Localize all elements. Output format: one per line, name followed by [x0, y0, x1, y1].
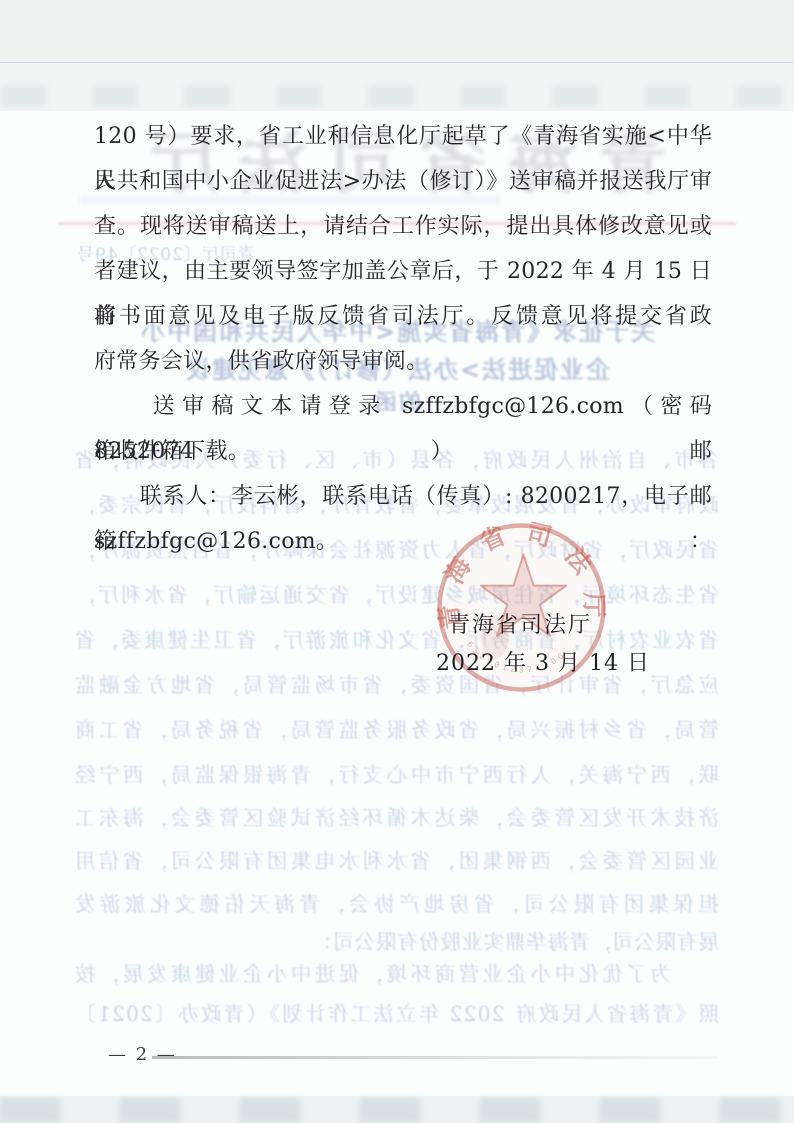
scan-band-top — [0, 0, 794, 62]
bleed-body-line: 管局，省乡村振兴局，省政务服务监管局，省税务局，省工商 — [74, 718, 719, 742]
body-line: 将书面意见及电子版反馈省司法厅。反馈意见将提交省政 — [94, 294, 712, 339]
bleed-body-line: 业园区管委会，西钢集团，省水利水电集团有限公司，省信用 — [74, 849, 719, 873]
bleed-body-line: 为了优化中小企业营商环境，促进中小企业健康发展，按 — [74, 962, 719, 986]
scanned-document-page: 青海省司法厅 青司厅〔2022〕49号 关于征求《青海省实施<中华人民共和国中小… — [0, 0, 794, 1123]
body-line: 120 号）要求，省工业和信息化厅起草了《青海省实施<中华人 — [94, 114, 712, 159]
bleed-body-line: 省生态环境厅，省住房城乡建设厅，省交通运输厅，省水利厅， — [74, 583, 719, 607]
signature-date: 2022 年 3 月 14 日 — [436, 646, 650, 677]
body-line: 联系人：李云彬，联系电话（传真）: 8200217，电子邮箱： — [94, 474, 712, 519]
scan-smudge-bottom — [0, 1098, 794, 1123]
signature-org: 青海省司法厅 — [448, 608, 592, 639]
footer-scan-rule — [152, 1056, 718, 1059]
body-line: 者建议，由主要领导签字加盖公章后，于 2022 年 4 月 15 日前 — [94, 249, 712, 294]
bleed-body-line: 照《青海省人民政府 2022 年立法工作计划》（青政办〔2021〕 — [74, 1002, 719, 1026]
scan-smudge-row — [0, 85, 794, 107]
bleed-body-line: 展有限公司，青海华鼎实业股份有限公司： — [74, 930, 719, 954]
body-line: 查。现将送审稿送上，请结合工作实际，提出具体修改意见或 — [94, 204, 712, 249]
body-line: 送审稿文本请登录 szffzbfgc@126.com（密码 8252074）邮 — [94, 384, 712, 429]
letter-body: 120 号）要求，省工业和信息化厅起草了《青海省实施<中华人民共和国中小企业促进… — [94, 114, 712, 564]
bleed-body-line: 济技术开发区管委会，柴达木循环经济试验区管委会，海东工 — [74, 806, 719, 830]
bleed-body-line: 担保集团有限公司，省房地产协会，青海天佑德文化旅游发 — [74, 892, 719, 916]
body-line: 民共和国中小企业促进法>办法（修订）》送审稿并报送我厅审 — [94, 159, 712, 204]
page-number: — 2 — — [108, 1044, 177, 1065]
body-line: 府常务会议，供省政府领导审阅。 — [94, 339, 712, 384]
bleed-body-line: 联，西宁海关，人行西宁市中心支行，青海银保监局，西宁经 — [74, 763, 719, 787]
